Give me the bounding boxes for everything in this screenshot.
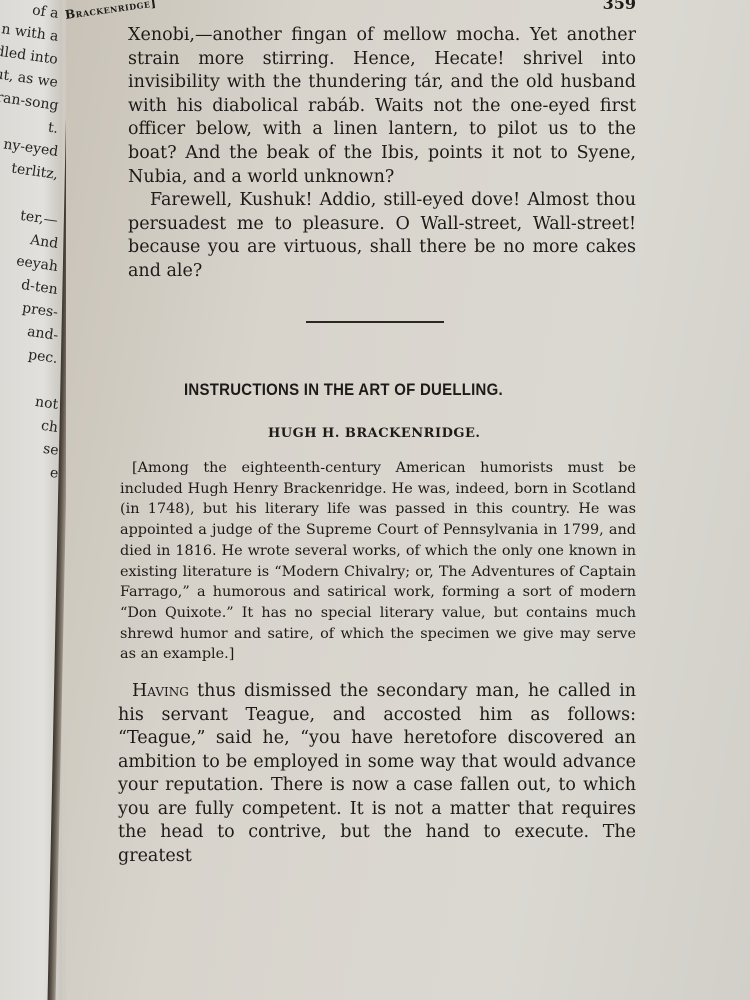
left-page-fragment: pres- [21, 300, 59, 321]
left-page-fragment: dled into [0, 43, 59, 68]
running-head: Brackenridge] [64, 0, 157, 22]
left-page-fragment: And [29, 232, 59, 252]
left-page-fragment: not [34, 394, 59, 413]
left-page-fragment: ran-song [0, 89, 59, 114]
drop-lead-word: Having [132, 681, 189, 701]
left-page-fragment: eeyah [15, 253, 59, 275]
paragraph: Xenobi,—another fingan of mellow mocha. … [128, 24, 636, 189]
continued-text: Xenobi,—another fingan of mellow mocha. … [128, 24, 636, 284]
page-number: 359 [603, 0, 636, 13]
body-paragraph: Having thus dismissed the secondary man,… [118, 680, 636, 868]
left-page-fragment: d-ten [21, 277, 59, 298]
intro-paragraph: [Among the eighteenth-century American h… [120, 458, 636, 665]
left-page-fragment: ny-eyed [2, 136, 59, 160]
section-author: HUGH H. BRACKENRIDGE. [268, 426, 480, 441]
left-page-fragment: n with a [0, 21, 59, 45]
section-title: INSTRUCTIONS IN THE ART OF DUELLING. [184, 380, 503, 400]
left-page-fragment: ch [40, 418, 59, 436]
body-text: Having thus dismissed the secondary man,… [118, 680, 636, 868]
left-page-fragment: se [42, 441, 60, 459]
left-page-fragment: pec. [28, 347, 59, 367]
left-page-fragment: terlitz, [10, 161, 59, 183]
paragraph: Farewell, Kushuk! Addio, still-eyed dove… [128, 189, 636, 283]
section-divider [306, 321, 444, 323]
left-page-fragment: t. [47, 120, 59, 137]
page-header: Brackenridge] 359 [66, 0, 636, 24]
left-page-fragment: and- [26, 324, 59, 344]
body-paragraph-text: thus dismissed the secondary man, he cal… [118, 681, 636, 866]
left-page-fragment: ter,— [20, 208, 59, 229]
left-page-fragment: ut, as we [0, 66, 59, 91]
editorial-intro: [Among the eighteenth-century American h… [120, 458, 636, 665]
left-page-fragment: of a [31, 2, 59, 22]
